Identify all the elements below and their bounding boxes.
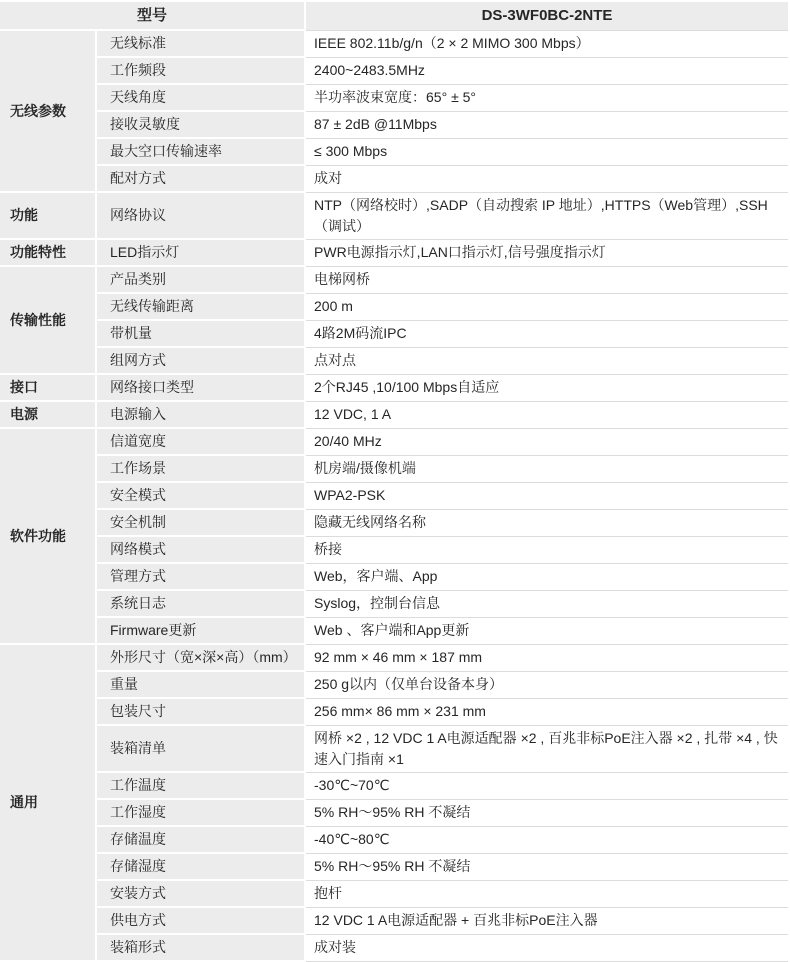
spec-value: 5% RH～95% RH 不凝结 xyxy=(305,799,788,826)
spec-row: 工作湿度5% RH～95% RH 不凝结 xyxy=(0,799,788,826)
spec-value: 87 ± 2dB @11Mbps xyxy=(305,111,788,138)
spec-value: 隐藏无线网络名称 xyxy=(305,509,788,536)
spec-row: 安装方式抱杆 xyxy=(0,880,788,907)
spec-value: 桥接 xyxy=(305,536,788,563)
spec-row: 软件功能信道宽度20/40 MHz xyxy=(0,428,788,455)
spec-value: 机房端/摄像机端 xyxy=(305,455,788,482)
spec-value: 20/40 MHz xyxy=(305,428,788,455)
spec-label: 存储湿度 xyxy=(96,853,305,880)
spec-row: 安全机制隐藏无线网络名称 xyxy=(0,509,788,536)
spec-label: 外形尺寸（宽×深×高）（mm） xyxy=(96,644,305,671)
spec-label: 产品类别 xyxy=(96,266,305,293)
spec-value: WPA2-PSK xyxy=(305,482,788,509)
spec-value: 半功率波束宽度：65° ± 5° xyxy=(305,84,788,111)
spec-label: 工作湿度 xyxy=(96,799,305,826)
spec-row: 电源电源输入12 VDC, 1 A xyxy=(0,401,788,428)
spec-label: 信道宽度 xyxy=(96,428,305,455)
spec-label: 包装尺寸 xyxy=(96,698,305,725)
spec-label: 无线标准 xyxy=(96,30,305,57)
category-cell: 接口 xyxy=(0,374,96,401)
spec-value: 256 mm× 86 mm × 231 mm xyxy=(305,698,788,725)
spec-label: 组网方式 xyxy=(96,347,305,374)
spec-value: Web 、客户端和App更新 xyxy=(305,617,788,644)
spec-value: 成对 xyxy=(305,165,788,192)
spec-row: 存储湿度5% RH～95% RH 不凝结 xyxy=(0,853,788,880)
spec-row: 接收灵敏度87 ± 2dB @11Mbps xyxy=(0,111,788,138)
category-cell: 功能特性 xyxy=(0,239,96,266)
spec-value: Web，客户端、App xyxy=(305,563,788,590)
category-cell: 软件功能 xyxy=(0,428,96,644)
spec-row: 功能特性LED指示灯PWR电源指示灯,LAN口指示灯,信号强度指示灯 xyxy=(0,239,788,266)
spec-label: 工作温度 xyxy=(96,772,305,799)
spec-value: NTP（网络校时）,SADP（自动搜索 IP 地址）,HTTPS（Web管理）,… xyxy=(305,192,788,239)
spec-row: 网络模式桥接 xyxy=(0,536,788,563)
spec-row: 配对方式成对 xyxy=(0,165,788,192)
spec-value: ≤ 300 Mbps xyxy=(305,138,788,165)
spec-table: 型号 DS-3WF0BC-2NTE 无线参数无线标准IEEE 802.11b/g… xyxy=(0,2,788,962)
spec-row: 带机量4路2M码流IPC xyxy=(0,320,788,347)
spec-row: 工作场景机房端/摄像机端 xyxy=(0,455,788,482)
spec-value: -40℃~80℃ xyxy=(305,826,788,853)
spec-label: 安全机制 xyxy=(96,509,305,536)
spec-row: 无线参数无线标准IEEE 802.11b/g/n（2 × 2 MIMO 300 … xyxy=(0,30,788,57)
spec-label: 天线角度 xyxy=(96,84,305,111)
spec-value: 12 VDC, 1 A xyxy=(305,401,788,428)
spec-row: 装箱形式成对装 xyxy=(0,934,788,961)
spec-row: 工作温度-30℃~70℃ xyxy=(0,772,788,799)
spec-label: 工作频段 xyxy=(96,57,305,84)
category-cell: 无线参数 xyxy=(0,30,96,192)
spec-row: 功能网络协议NTP（网络校时）,SADP（自动搜索 IP 地址）,HTTPS（W… xyxy=(0,192,788,239)
spec-value: 250 g以内（仅单台设备本身） xyxy=(305,671,788,698)
spec-row: 重量250 g以内（仅单台设备本身） xyxy=(0,671,788,698)
spec-value: 92 mm × 46 mm × 187 mm xyxy=(305,644,788,671)
spec-value: 2个RJ45 ,10/100 Mbps自适应 xyxy=(305,374,788,401)
spec-row: 通用外形尺寸（宽×深×高）（mm）92 mm × 46 mm × 187 mm xyxy=(0,644,788,671)
spec-sheet: 型号 DS-3WF0BC-2NTE 无线参数无线标准IEEE 802.11b/g… xyxy=(0,0,790,962)
model-header-value: DS-3WF0BC-2NTE xyxy=(305,2,788,30)
spec-value: IEEE 802.11b/g/n（2 × 2 MIMO 300 Mbps） xyxy=(305,30,788,57)
spec-row: 接口网络接口类型2个RJ45 ,10/100 Mbps自适应 xyxy=(0,374,788,401)
spec-value: 2400~2483.5MHz xyxy=(305,57,788,84)
table-header-row: 型号 DS-3WF0BC-2NTE xyxy=(0,2,788,30)
spec-row: 装箱清单网桥 ×2 , 12 VDC 1 A电源适配器 ×2 , 百兆非标PoE… xyxy=(0,725,788,772)
spec-value: 4路2M码流IPC xyxy=(305,320,788,347)
spec-value: 200 m xyxy=(305,293,788,320)
spec-label: 电源输入 xyxy=(96,401,305,428)
spec-label: 安装方式 xyxy=(96,880,305,907)
spec-value: 5% RH～95% RH 不凝结 xyxy=(305,853,788,880)
spec-row: 工作频段2400~2483.5MHz xyxy=(0,57,788,84)
spec-value: 成对装 xyxy=(305,934,788,961)
spec-row: 组网方式点对点 xyxy=(0,347,788,374)
spec-value: 抱杆 xyxy=(305,880,788,907)
spec-label: 最大空口传输速率 xyxy=(96,138,305,165)
spec-value: 网桥 ×2 , 12 VDC 1 A电源适配器 ×2 , 百兆非标PoE注入器 … xyxy=(305,725,788,772)
model-header-label: 型号 xyxy=(0,2,305,30)
spec-row: 管理方式Web，客户端、App xyxy=(0,563,788,590)
spec-label: 供电方式 xyxy=(96,907,305,934)
spec-label: 带机量 xyxy=(96,320,305,347)
spec-value: 电梯网桥 xyxy=(305,266,788,293)
spec-value: 点对点 xyxy=(305,347,788,374)
category-cell: 功能 xyxy=(0,192,96,239)
spec-label: LED指示灯 xyxy=(96,239,305,266)
spec-label: 装箱清单 xyxy=(96,725,305,772)
spec-label: 网络接口类型 xyxy=(96,374,305,401)
spec-row: 包装尺寸256 mm× 86 mm × 231 mm xyxy=(0,698,788,725)
spec-value: PWR电源指示灯,LAN口指示灯,信号强度指示灯 xyxy=(305,239,788,266)
spec-label: 管理方式 xyxy=(96,563,305,590)
spec-table-body: 无线参数无线标准IEEE 802.11b/g/n（2 × 2 MIMO 300 … xyxy=(0,30,788,961)
spec-label: 无线传输距离 xyxy=(96,293,305,320)
spec-row: 最大空口传输速率≤ 300 Mbps xyxy=(0,138,788,165)
spec-label: 存储温度 xyxy=(96,826,305,853)
spec-row: Firmware更新Web 、客户端和App更新 xyxy=(0,617,788,644)
spec-row: 供电方式12 VDC 1 A电源适配器 + 百兆非标PoE注入器 xyxy=(0,907,788,934)
category-cell: 传输性能 xyxy=(0,266,96,374)
spec-row: 天线角度半功率波束宽度：65° ± 5° xyxy=(0,84,788,111)
spec-label: Firmware更新 xyxy=(96,617,305,644)
spec-row: 无线传输距离200 m xyxy=(0,293,788,320)
spec-label: 重量 xyxy=(96,671,305,698)
spec-label: 配对方式 xyxy=(96,165,305,192)
spec-label: 接收灵敏度 xyxy=(96,111,305,138)
spec-row: 安全模式WPA2-PSK xyxy=(0,482,788,509)
category-cell: 通用 xyxy=(0,644,96,961)
category-cell: 电源 xyxy=(0,401,96,428)
spec-value: -30℃~70℃ xyxy=(305,772,788,799)
spec-label: 装箱形式 xyxy=(96,934,305,961)
spec-label: 网络协议 xyxy=(96,192,305,239)
spec-row: 系统日志Syslog，控制台信息 xyxy=(0,590,788,617)
spec-row: 存储温度-40℃~80℃ xyxy=(0,826,788,853)
spec-label: 网络模式 xyxy=(96,536,305,563)
spec-value: Syslog，控制台信息 xyxy=(305,590,788,617)
spec-row: 传输性能产品类别电梯网桥 xyxy=(0,266,788,293)
spec-label: 安全模式 xyxy=(96,482,305,509)
spec-label: 系统日志 xyxy=(96,590,305,617)
spec-label: 工作场景 xyxy=(96,455,305,482)
spec-value: 12 VDC 1 A电源适配器 + 百兆非标PoE注入器 xyxy=(305,907,788,934)
